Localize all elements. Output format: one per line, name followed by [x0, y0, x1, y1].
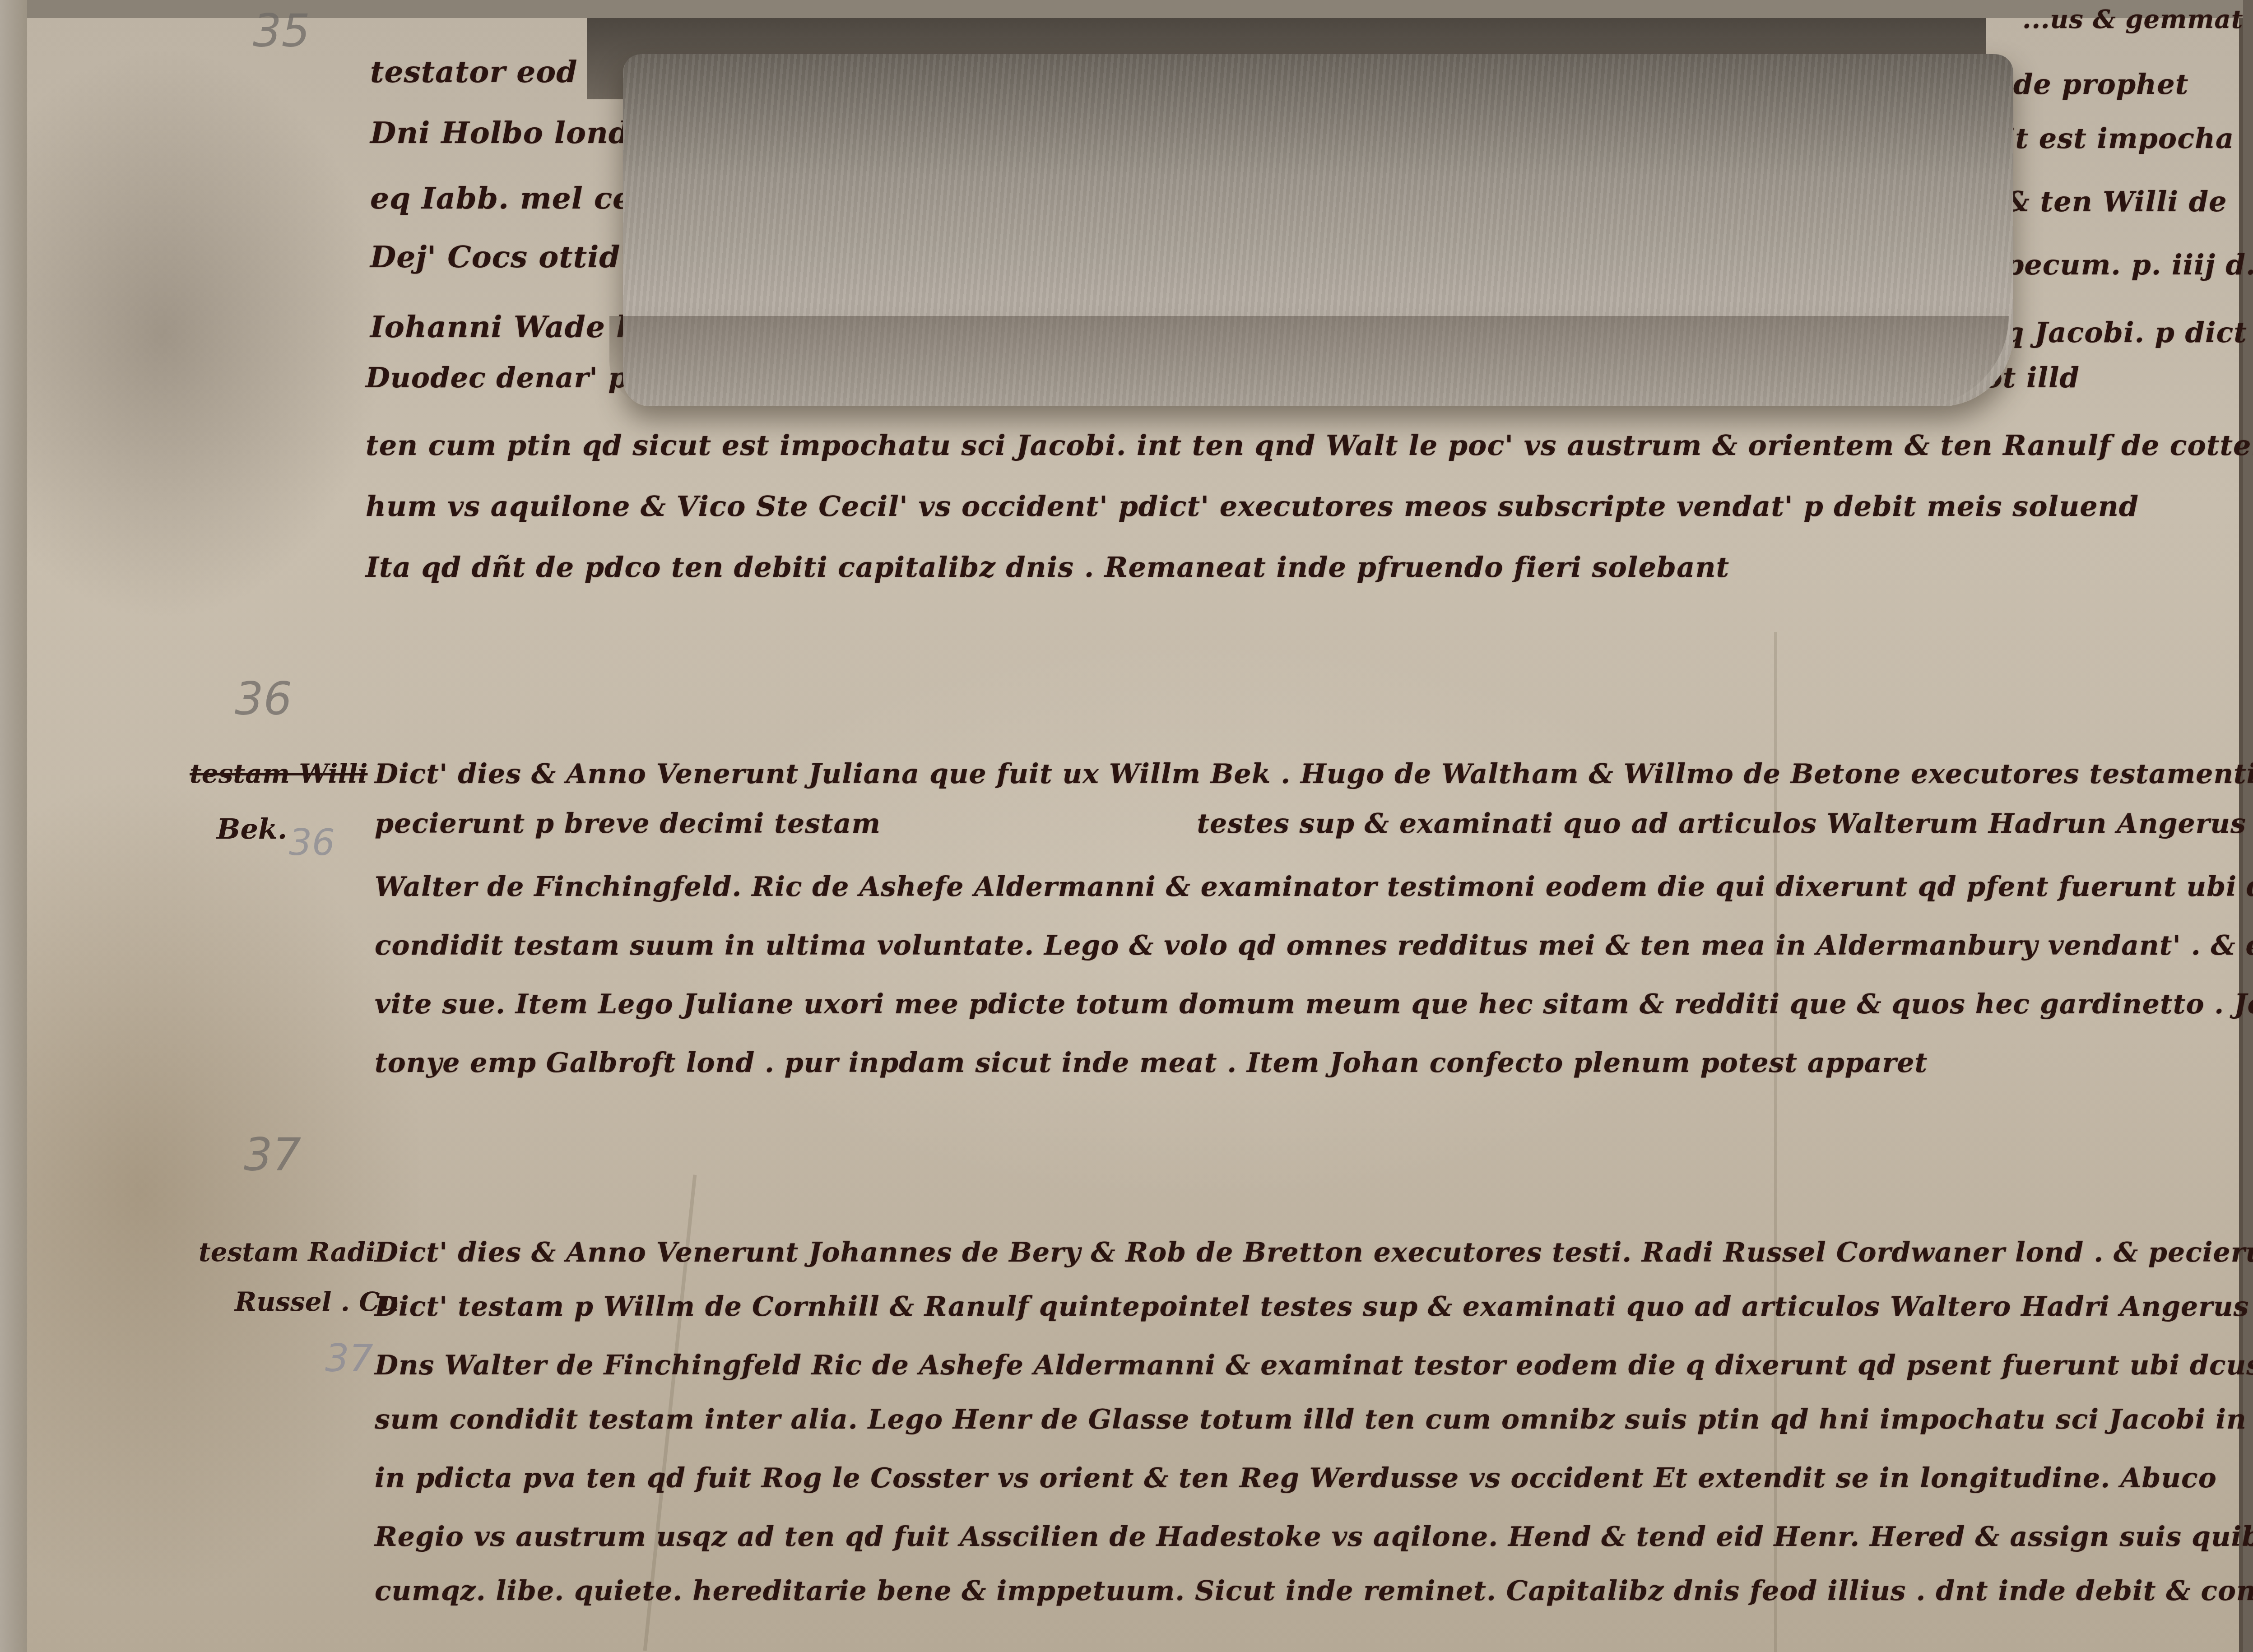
entry37-margin-2: Russel . Cu	[235, 1286, 399, 1317]
entry37-line-3: Dns Walter de Finchingfeld Ric de Ashefe…	[375, 1350, 2253, 1381]
entry36-line-3: Walter de Finchingfeld. Ric de Ashefe Al…	[375, 871, 2253, 903]
entry-number-35: 35	[253, 5, 310, 57]
entry-number-37-secondary: 37	[325, 1336, 373, 1380]
entry36-line-6: tonye emp Galbroft lond . pur inpdam sic…	[375, 1047, 1928, 1079]
entry35-line-4: Ita qd dñt de pdco ten debiti capitalibz…	[366, 551, 1729, 584]
entry35-right-line-1: ...us & gemmat	[2022, 5, 2244, 34]
entry37-line-4: sum condidit testam inter alia. Lego Hen…	[375, 1404, 2253, 1435]
entry37-margin-1: testam Radi	[199, 1237, 376, 1267]
entry37-line-2: Dict' testam p Willm de Cornhill & Ranul…	[375, 1291, 2253, 1323]
entry35-right-line-3: it est impocha	[2004, 122, 2234, 155]
entry-number-37: 37	[244, 1128, 301, 1181]
entry35-right-line-2: de prophet	[2013, 68, 2188, 101]
entry37-line-5: in pdicta pva ten qd fuit Rog le Cosster…	[375, 1462, 2217, 1494]
tissue-shade	[609, 316, 2009, 406]
entry-number-36-secondary: 36	[289, 821, 335, 863]
entry36-line-1: Dict' dies & Anno Venerunt Juliana que f…	[375, 758, 2253, 790]
entry37-line-6: Regio vs austrum usqz ad ten qd fuit Ass…	[375, 1521, 2253, 1553]
entry35-right-line-6: q Jacobi. p dict	[2004, 316, 2247, 349]
entry36-line-5: vite sue. Item Lego Juliane uxori mee pd…	[375, 988, 2253, 1020]
entry36-margin-1: testam Willi	[190, 758, 368, 789]
entry35-line-2: ten cum ptin qd sicut est impochatu sci …	[366, 429, 2253, 462]
top-frame-edge	[0, 0, 2253, 18]
entry35-right-line-4: & ten Willi de	[2004, 185, 2227, 218]
entry-number-36: 36	[235, 673, 292, 725]
entry35-line-3: hum vs aquilone & Vico Ste Cecil' vs occ…	[366, 490, 2139, 523]
entry36-line-4: condidit testam suum in ultima voluntate…	[375, 930, 2253, 961]
entry36-margin-2: Bek.	[217, 812, 287, 845]
entry35-right-line-5: pecum. p. iiij d.	[2004, 248, 2253, 281]
entry37-line-1: Dict' dies & Anno Venerunt Johannes de B…	[375, 1237, 2253, 1268]
entry35-left-line-3: eq Iabb. mel cen	[370, 181, 654, 216]
entry37-line-7: cumqz. libe. quiete. hereditarie bene & …	[375, 1575, 2253, 1607]
left-frame-edge	[0, 0, 27, 1652]
entry36-line-2: pecierunt p breve decimi testam testes s…	[375, 808, 2253, 840]
entry35-left-line-4: Dej' Cocs ottid'	[370, 239, 630, 274]
